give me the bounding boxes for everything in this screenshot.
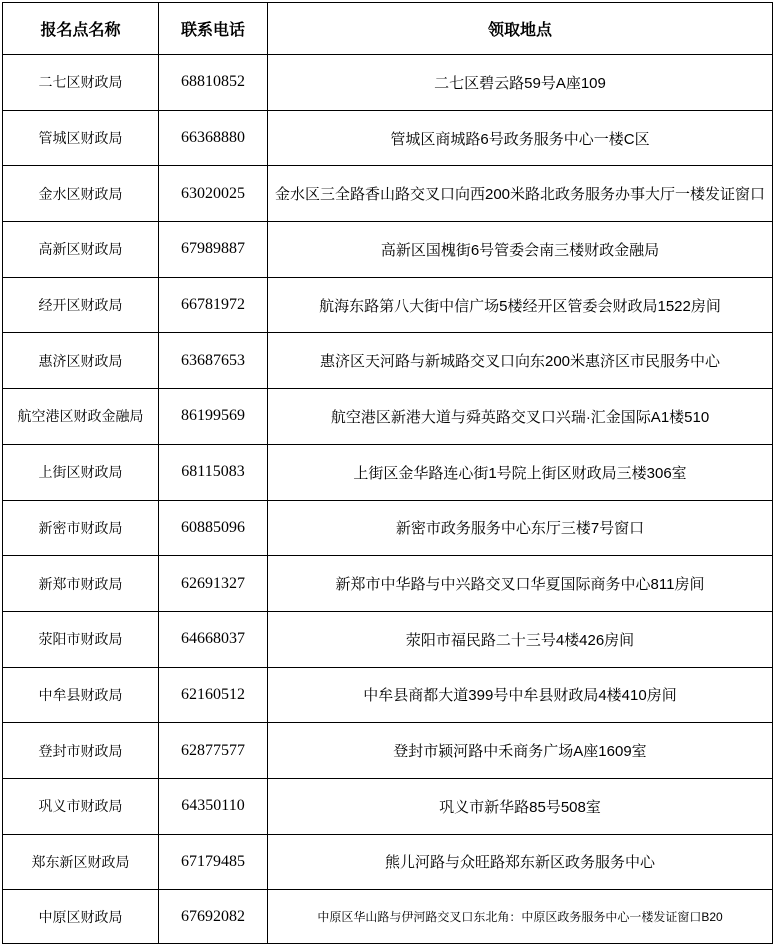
- cell-phone: 62160512: [159, 667, 268, 723]
- table-row: 登封市财政局62877577登封市颍河路中禾商务广场A座1609室: [3, 723, 773, 779]
- cell-name: 管城区财政局: [3, 110, 159, 166]
- cell-address: 新郑市中华路与中兴路交叉口华夏国际商务中心811房间: [268, 556, 773, 612]
- table-row: 管城区财政局66368880管城区商城路6号政务服务中心一楼C区: [3, 110, 773, 166]
- cell-phone: 67989887: [159, 222, 268, 278]
- cell-address: 惠济区天河路与新城路交叉口向东200米惠济区市民服务中心: [268, 333, 773, 389]
- cell-phone: 63687653: [159, 333, 268, 389]
- header-row: 报名点名称 联系电话 领取地点: [3, 3, 773, 55]
- cell-name: 惠济区财政局: [3, 333, 159, 389]
- cell-address: 巩义市新华路85号508室: [268, 778, 773, 834]
- cell-phone: 64350110: [159, 778, 268, 834]
- cell-address: 中原区华山路与伊河路交叉口东北角：中原区政务服务中心一楼发证窗口B20: [268, 890, 773, 944]
- cell-phone: 86199569: [159, 389, 268, 445]
- cell-name: 金水区财政局: [3, 166, 159, 222]
- cell-name: 荥阳市财政局: [3, 611, 159, 667]
- registration-points-table-container: 报名点名称 联系电话 领取地点 二七区财政局68810852二七区碧云路59号A…: [2, 2, 773, 944]
- table-row: 郑东新区财政局67179485熊儿河路与众旺路郑东新区政务服务中心: [3, 834, 773, 890]
- cell-address: 管城区商城路6号政务服务中心一楼C区: [268, 110, 773, 166]
- cell-phone: 67692082: [159, 890, 268, 944]
- table-row: 中原区财政局67692082中原区华山路与伊河路交叉口东北角：中原区政务服务中心…: [3, 890, 773, 944]
- cell-address: 航海东路第八大街中信广场5楼经开区管委会财政局1522房间: [268, 277, 773, 333]
- cell-name: 经开区财政局: [3, 277, 159, 333]
- cell-phone: 67179485: [159, 834, 268, 890]
- cell-address: 高新区国槐街6号管委会南三楼财政金融局: [268, 222, 773, 278]
- col-header-address: 领取地点: [268, 3, 773, 55]
- table-row: 荥阳市财政局64668037荥阳市福民路二十三号4楼426房间: [3, 611, 773, 667]
- cell-name: 新密市财政局: [3, 500, 159, 556]
- cell-name: 航空港区财政金融局: [3, 389, 159, 445]
- table-row: 高新区财政局67989887高新区国槐街6号管委会南三楼财政金融局: [3, 222, 773, 278]
- cell-phone: 62877577: [159, 723, 268, 779]
- cell-name: 登封市财政局: [3, 723, 159, 779]
- cell-phone: 60885096: [159, 500, 268, 556]
- table-row: 中牟县财政局62160512中牟县商都大道399号中牟县财政局4楼410房间: [3, 667, 773, 723]
- cell-name: 中牟县财政局: [3, 667, 159, 723]
- cell-address: 航空港区新港大道与舜英路交叉口兴瑞·汇金国际A1楼510: [268, 389, 773, 445]
- table-row: 新密市财政局60885096新密市政务服务中心东厅三楼7号窗口: [3, 500, 773, 556]
- table-row: 航空港区财政金融局86199569航空港区新港大道与舜英路交叉口兴瑞·汇金国际A…: [3, 389, 773, 445]
- cell-name: 郑东新区财政局: [3, 834, 159, 890]
- cell-name: 高新区财政局: [3, 222, 159, 278]
- cell-address: 二七区碧云路59号A座109: [268, 55, 773, 111]
- table-row: 上街区财政局68115083上街区金华路连心街1号院上街区财政局三楼306室: [3, 444, 773, 500]
- cell-phone: 62691327: [159, 556, 268, 612]
- cell-name: 中原区财政局: [3, 890, 159, 944]
- cell-address: 新密市政务服务中心东厅三楼7号窗口: [268, 500, 773, 556]
- cell-address: 金水区三全路香山路交叉口向西200米路北政务服务办事大厅一楼发证窗口: [268, 166, 773, 222]
- cell-address: 登封市颍河路中禾商务广场A座1609室: [268, 723, 773, 779]
- cell-address: 熊儿河路与众旺路郑东新区政务服务中心: [268, 834, 773, 890]
- cell-address: 上街区金华路连心街1号院上街区财政局三楼306室: [268, 444, 773, 500]
- cell-name: 巩义市财政局: [3, 778, 159, 834]
- cell-address: 荥阳市福民路二十三号4楼426房间: [268, 611, 773, 667]
- table-row: 二七区财政局68810852二七区碧云路59号A座109: [3, 55, 773, 111]
- cell-phone: 68810852: [159, 55, 268, 111]
- table-row: 新郑市财政局62691327新郑市中华路与中兴路交叉口华夏国际商务中心811房间: [3, 556, 773, 612]
- cell-phone: 63020025: [159, 166, 268, 222]
- cell-phone: 66368880: [159, 110, 268, 166]
- col-header-phone: 联系电话: [159, 3, 268, 55]
- table-row: 金水区财政局63020025金水区三全路香山路交叉口向西200米路北政务服务办事…: [3, 166, 773, 222]
- table-body: 二七区财政局68810852二七区碧云路59号A座109管城区财政局663688…: [3, 55, 773, 944]
- cell-name: 二七区财政局: [3, 55, 159, 111]
- cell-name: 上街区财政局: [3, 444, 159, 500]
- table-row: 经开区财政局66781972航海东路第八大街中信广场5楼经开区管委会财政局152…: [3, 277, 773, 333]
- col-header-name: 报名点名称: [3, 3, 159, 55]
- table-row: 巩义市财政局64350110巩义市新华路85号508室: [3, 778, 773, 834]
- registration-points-table: 报名点名称 联系电话 领取地点 二七区财政局68810852二七区碧云路59号A…: [2, 2, 773, 944]
- cell-phone: 66781972: [159, 277, 268, 333]
- cell-name: 新郑市财政局: [3, 556, 159, 612]
- cell-phone: 68115083: [159, 444, 268, 500]
- cell-address: 中牟县商都大道399号中牟县财政局4楼410房间: [268, 667, 773, 723]
- table-row: 惠济区财政局63687653惠济区天河路与新城路交叉口向东200米惠济区市民服务…: [3, 333, 773, 389]
- cell-phone: 64668037: [159, 611, 268, 667]
